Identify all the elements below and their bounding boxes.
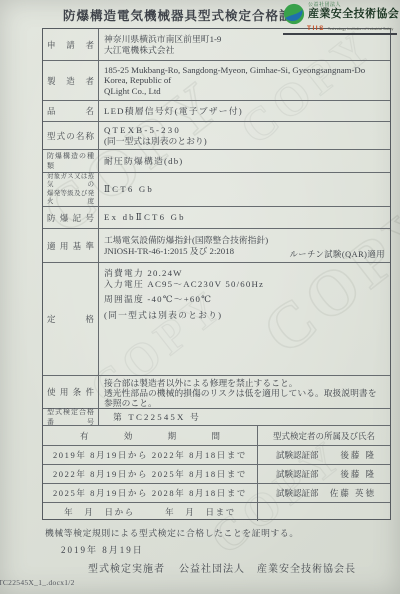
routine-test-note: ルーチン試験(QAR)適用: [289, 250, 385, 261]
condition-2: 透光性部品の機械的損傷のリスクは低を適用している。取扱説明書を参照のこと。: [104, 388, 385, 408]
value-gas-class: ⅡCT6 Gb: [99, 173, 390, 206]
label-model-name: 型式の名称: [43, 122, 99, 149]
validity-period: 年 月 日から 年 月 日まで: [43, 503, 258, 521]
value-standards: 工場電気設備防爆指針(国際整合技術指針) JNIOSH-TR-46-1:2015…: [99, 229, 390, 262]
value-use-conditions: 接合部は製造者以外による修理を禁止すること。 透光性部品の機械的損傷のリスクは低…: [99, 376, 390, 408]
validity-period: 2019年 8月19日から 2022年 8月18日まで: [43, 446, 258, 464]
validity-period: 2025年 8月19日から 2028年 8月18日まで: [43, 484, 258, 502]
model-number: QTEXB-5-230: [104, 125, 385, 136]
certificate-table: 申請者 神奈川県横浜市南区前里町1-9 大江電機株式会社 製造者 185-25 …: [42, 28, 391, 520]
row-manufacturer: 製造者 185-25 Mukbang-Ro, Sangdong-Myeon, G…: [43, 61, 390, 101]
value-rating: 消費電力 20.24W 入力電圧 AC95～AC230V 50/60Hz 周囲温…: [99, 263, 390, 375]
examiner-dept: 試験認証部: [276, 487, 319, 499]
examiner-name: 後藤 隆: [340, 468, 376, 480]
label-applicant: 申請者: [43, 29, 99, 60]
rating-voltage: 入力電圧 AC95～AC230V 50/60Hz: [104, 279, 385, 290]
label-cert-number: 型式検定合格番号: [43, 409, 99, 425]
examiner-name: 佐藤 英徳: [330, 487, 376, 499]
examiner-cell: 試験認証部 後藤 隆: [258, 465, 390, 483]
logo-org-name: 産業安全技術協会: [308, 8, 399, 20]
value-cert-number: 第 TC22545X 号: [99, 409, 390, 425]
certification-statement: 機械等検定規則による型式検定に合格したことを証明する。: [45, 526, 299, 539]
logo-tagline: Technology Institution of Industrial Saf…: [328, 27, 393, 31]
tiis-logo: 公益社団法人 産業安全技術協会 TIIS Technology Institut…: [283, 2, 397, 35]
manufacturer-company: QLight Co., Ltd: [104, 86, 385, 97]
manufacturer-address: 185-25 Mukbang-Ro, Sangdong-Myeon, Gimha…: [104, 65, 385, 86]
label-standards: 適用基準: [43, 229, 99, 262]
value-manufacturer: 185-25 Mukbang-Ro, Sangdong-Myeon, Gimha…: [99, 61, 390, 100]
row-model-name: 型式の名称 QTEXB-5-230 (同一型式は別表のとおり): [43, 122, 390, 150]
rating-note: (同一型式は別表のとおり): [104, 310, 385, 321]
applicant-address: 神奈川県横浜市南区前里町1-9: [104, 34, 385, 45]
logo-underline: [283, 33, 397, 35]
row-ex-marking: 防爆記号 Ex dbⅡCT6 Gb: [43, 207, 390, 229]
row-protection-type: 防爆構造の種類 耐圧防爆構造(db): [43, 150, 390, 173]
value-ex-marking: Ex dbⅡCT6 Gb: [99, 207, 390, 228]
examiner-dept: 試験認証部: [276, 468, 319, 480]
logo-acronym: TIIS: [307, 25, 325, 32]
validity-row-1: 2019年 8月19日から 2022年 8月18日まで 試験認証部 後藤 隆: [43, 446, 390, 465]
standards-guideline: 工場電気設備防爆指針(国際整合技術指針): [104, 235, 385, 246]
validity-row-4-blank: 年 月 日から 年 月 日まで: [43, 503, 390, 521]
row-product-name: 品名 LED積層信号灯(電子ブザー付): [43, 101, 390, 122]
rating-temperature: 周囲温度 -40℃～+60℃: [104, 294, 385, 305]
label-product-name: 品名: [43, 101, 99, 121]
value-product-name: LED積層信号灯(電子ブザー付): [99, 101, 390, 121]
page-title: 防爆構造電気機械器具型式検定合格証: [63, 6, 293, 24]
row-rating: 定格 消費電力 20.24W 入力電圧 AC95～AC230V 50/60Hz …: [43, 263, 390, 376]
examiner-name: 後藤 隆: [340, 449, 376, 461]
label-protection-type: 防爆構造の種類: [43, 150, 99, 172]
issuer-title: 産業安全技術協会長: [257, 560, 356, 575]
issue-date: 2019年 8月19日: [61, 543, 144, 556]
validity-period: 2022年 8月19日から 2025年 8月18日まで: [43, 465, 258, 483]
validity-row-3: 2025年 8月19日から 2028年 8月18日まで 試験認証部 佐藤 英徳: [43, 484, 390, 503]
label-ex-marking: 防爆記号: [43, 207, 99, 228]
label-manufacturer: 製造者: [43, 61, 99, 100]
validity-header-row: 有効期間 型式検定者の所属及び氏名: [43, 426, 390, 446]
applicant-company: 大江電機株式会社: [104, 45, 385, 56]
tiis-logo-icon: [283, 3, 305, 25]
issuer-org: 公益社団法人: [179, 560, 245, 575]
label-gas-class: 対象ガス又は蒸気の 爆発等級及び発火度: [43, 173, 99, 206]
examiner-cell: 試験認証部 佐藤 英徳: [258, 484, 390, 502]
issuer-role: 型式検定実施者: [88, 560, 165, 575]
value-model-name: QTEXB-5-230 (同一型式は別表のとおり): [99, 122, 390, 149]
rating-power: 消費電力 20.24W: [104, 268, 385, 279]
examiner-header: 型式検定者の所属及び氏名: [258, 426, 390, 445]
row-use-conditions: 使用条件 接合部は製造者以外による修理を禁止すること。 透光性部品の機械的損傷の…: [43, 376, 390, 409]
document-reference: TC22545X_1_.docx1/2: [0, 578, 75, 587]
row-gas-class: 対象ガス又は蒸気の 爆発等級及び発火度 ⅡCT6 Gb: [43, 173, 390, 207]
row-cert-number: 型式検定合格番号 第 TC22545X 号: [43, 409, 390, 426]
label-use-conditions: 使用条件: [43, 376, 99, 408]
validity-row-2: 2022年 8月19日から 2025年 8月18日まで 試験認証部 後藤 隆: [43, 465, 390, 484]
examiner-dept: 試験認証部: [276, 449, 319, 461]
value-protection-type: 耐圧防爆構造(db): [99, 150, 390, 172]
condition-1: 接合部は製造者以外による修理を禁止すること。: [104, 378, 385, 388]
issuer-line: 型式検定実施者 公益社団法人 産業安全技術協会長: [88, 560, 356, 575]
certificate-page: COPY COPY COPY COPY COPY 防爆構造電気機械器具型式検定合…: [0, 0, 400, 594]
row-standards: 適用基準 工場電気設備防爆指針(国際整合技術指針) JNIOSH-TR-46-1…: [43, 229, 390, 263]
examiner-cell: 試験認証部 後藤 隆: [258, 446, 390, 464]
validity-period-header: 有効期間: [43, 426, 258, 445]
model-note: (同一型式は別表のとおり): [104, 136, 385, 147]
label-rating: 定格: [43, 263, 99, 375]
examiner-cell: [258, 503, 390, 521]
